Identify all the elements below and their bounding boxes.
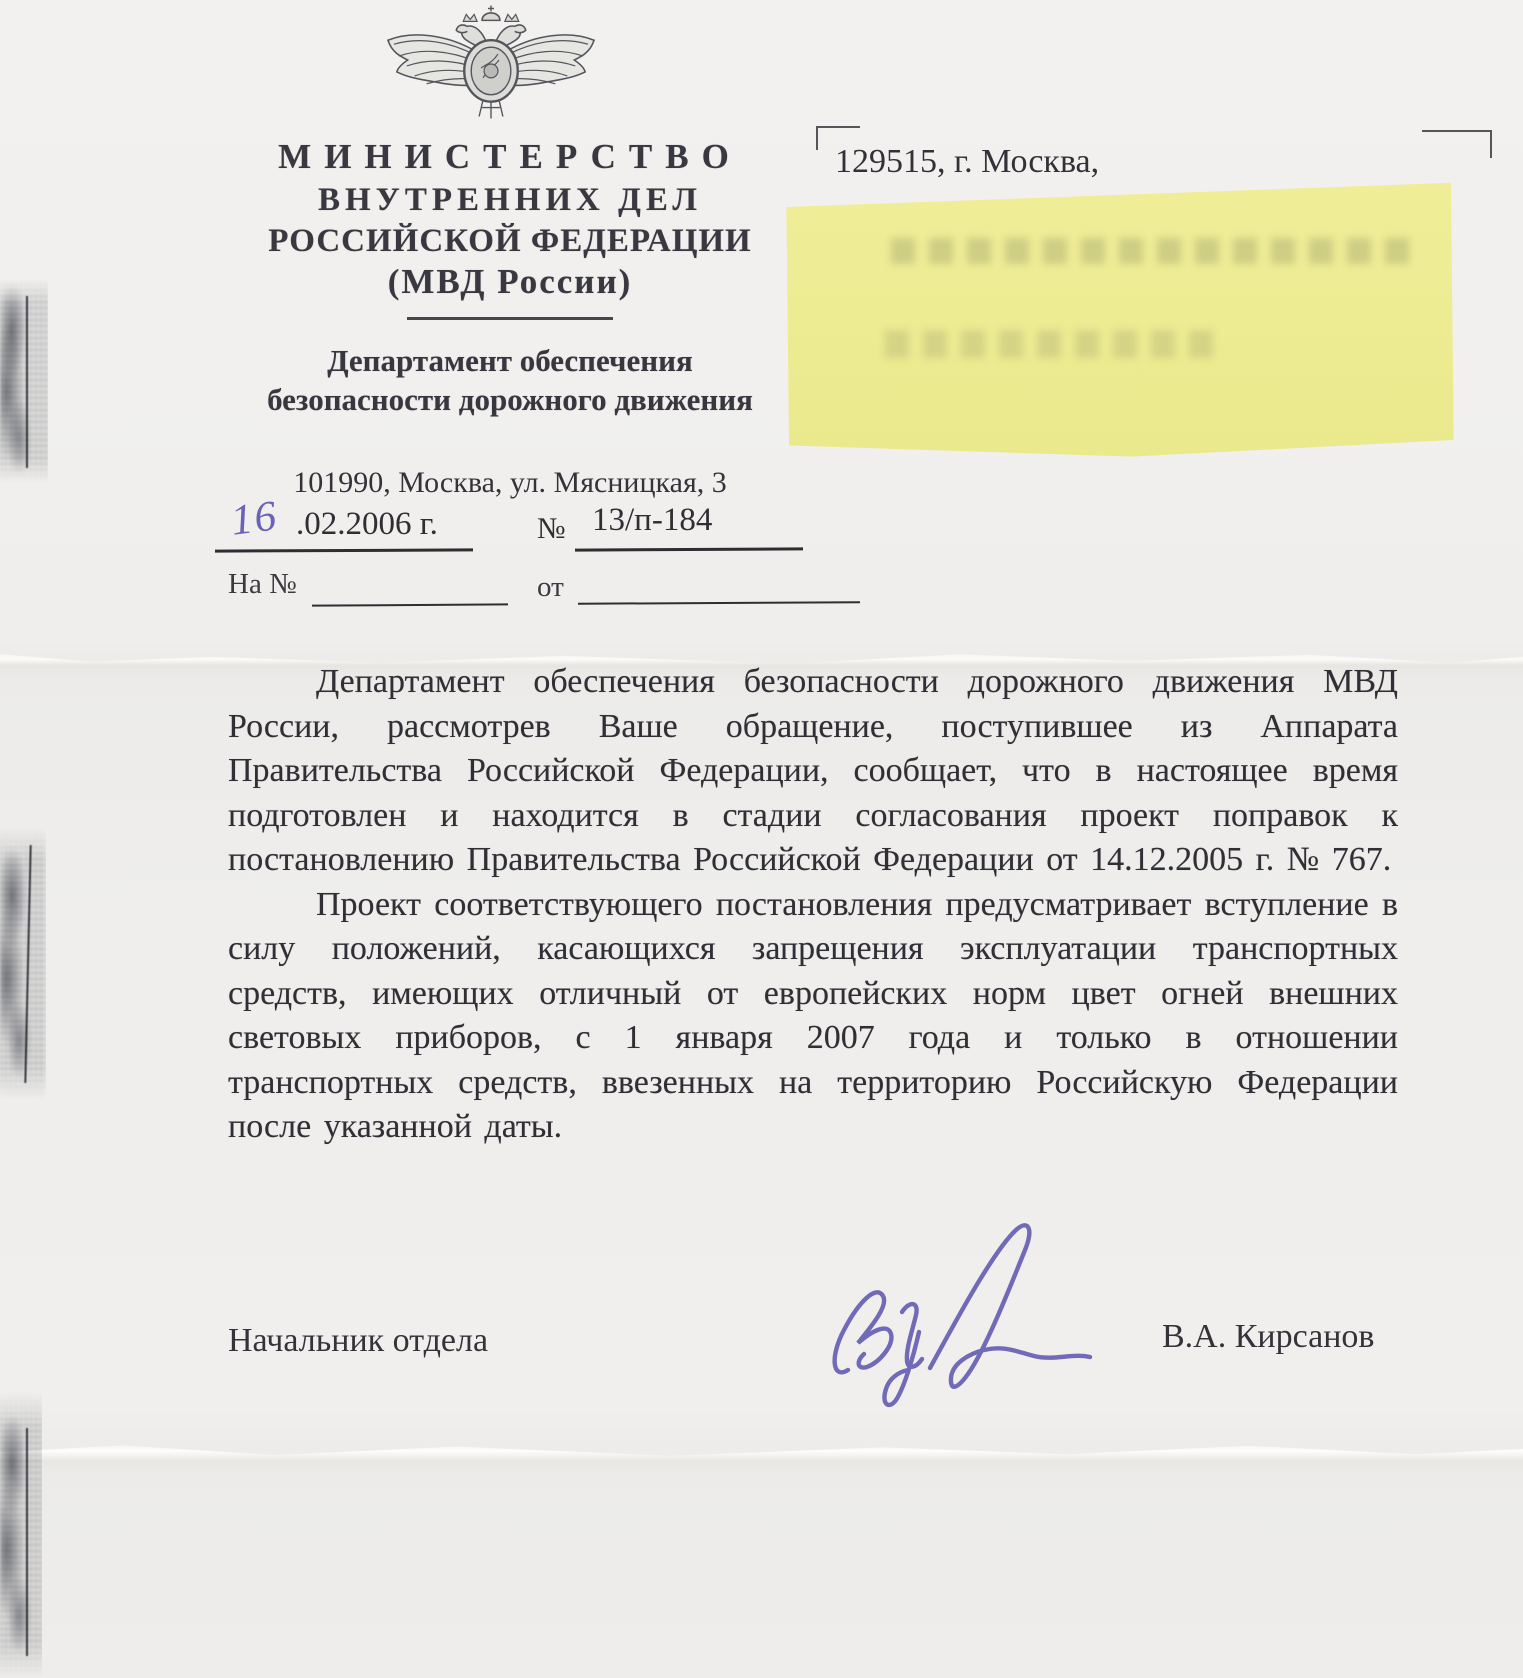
scan-edge-smudge-bottom [0,1392,42,1678]
reply-number-underline [312,603,508,606]
handwritten-signature [818,1180,1108,1425]
number-underline [575,547,803,551]
letterhead-divider [407,317,613,320]
scan-edge-smudge-top [0,278,48,483]
signer-position-title: Начальник отдела [228,1322,488,1360]
scanned-letter: МИНИСТЕРСТВО ВНУТРЕННИХ ДЕЛ РОССИЙСКОЙ Ф… [0,0,1523,1678]
department-line-2: безопасности дорожного движения [200,380,820,419]
ministry-line-1: МИНИСТЕРСТВО [210,136,810,178]
fold-crease-bottom [0,1436,1523,1474]
scan-edge-smudge-middle [0,828,46,1100]
sender-address: 101990, Москва, ул. Мясницкая, 3 [200,466,820,500]
from-label: от [537,571,564,604]
date-underline [215,548,473,552]
handwritten-day: 16 [228,491,281,545]
yellow-redaction-note [783,180,1455,458]
redaction-ghost-text-line1 [891,238,1411,264]
body-paragraph-1: Департамент обеспечения безопасности дор… [228,660,1398,883]
signer-name: В.А. Кирсанов [1162,1318,1374,1356]
ministry-line-4: (МВД России) [210,261,810,303]
ministry-name-block: МИНИСТЕРСТВО ВНУТРЕННИХ ДЕЛ РОССИЙСКОЙ Ф… [210,136,810,320]
reply-date-underline [578,601,860,604]
number-sign: № [537,512,566,546]
in-reply-to-label: На № [228,568,297,601]
scan-edge-line-bottom [26,1428,28,1656]
recipient-address: 129515, г. Москва, [835,143,1099,181]
redaction-ghost-text-line2 [885,330,1215,358]
scan-edge-line-top [26,296,28,468]
address-corner-mark-right [1422,130,1492,158]
ministry-line-2: ВНУТРЕННИХ ДЕЛ [210,180,810,220]
letter-body: Департамент обеспечения безопасности дор… [228,660,1398,1150]
mvd-double-eagle-emblem [382,4,600,122]
ministry-line-3: РОССИЙСКОЙ ФЕДЕРАЦИИ [210,221,810,261]
body-paragraph-2: Проект соответствующего постановления пр… [228,883,1398,1150]
department-name: Департамент обеспечения безопасности дор… [200,341,820,419]
printed-date: .02.2006 г. [296,506,438,543]
outgoing-number: 13/п-184 [592,502,712,539]
department-line-1: Департамент обеспечения [200,341,820,380]
